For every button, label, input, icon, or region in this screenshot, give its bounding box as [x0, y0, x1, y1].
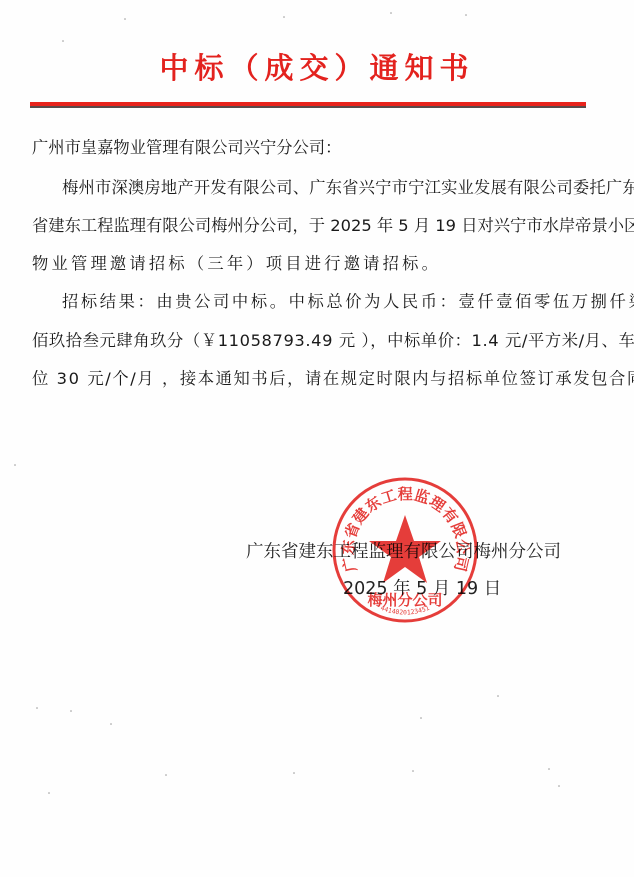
document-title: 中标（成交）通知书	[0, 46, 634, 87]
official-seal-icon: 广东省建东工程监理有限公司 梅州分公司 4414020123451	[330, 475, 480, 625]
seal-bottom-text: 梅州分公司	[367, 591, 442, 609]
header-rule-dark	[30, 106, 586, 108]
paragraph2-line1: 招标结果：由贵公司中标。中标总价为人民币：壹仟壹佰零伍万捌仟柒	[62, 292, 634, 312]
paragraph1-line2: 省建东工程监理有限公司梅州分公司，于 2025 年 5 月 19 日对兴宁市水岸…	[32, 216, 634, 236]
addressee: 广州市皇嘉物业管理有限公司兴宁分公司：	[32, 138, 341, 158]
paragraph2-line2: 佰玖拾叁元肆角玖分（￥11058793.49 元 ），中标单价：1.4 元/平方…	[32, 331, 634, 351]
paragraph1-line3: 物业管理邀请招标（三年）项目进行邀请招标。	[32, 254, 441, 274]
paragraph2-line3: 位 30 元/个/月 ，接本通知书后，请在规定时限内与招标单位签订承发包合同。	[32, 369, 634, 389]
paragraph1-line1: 梅州市深澳房地产开发有限公司、广东省兴宁市宁江实业发展有限公司委托广东	[62, 178, 634, 198]
